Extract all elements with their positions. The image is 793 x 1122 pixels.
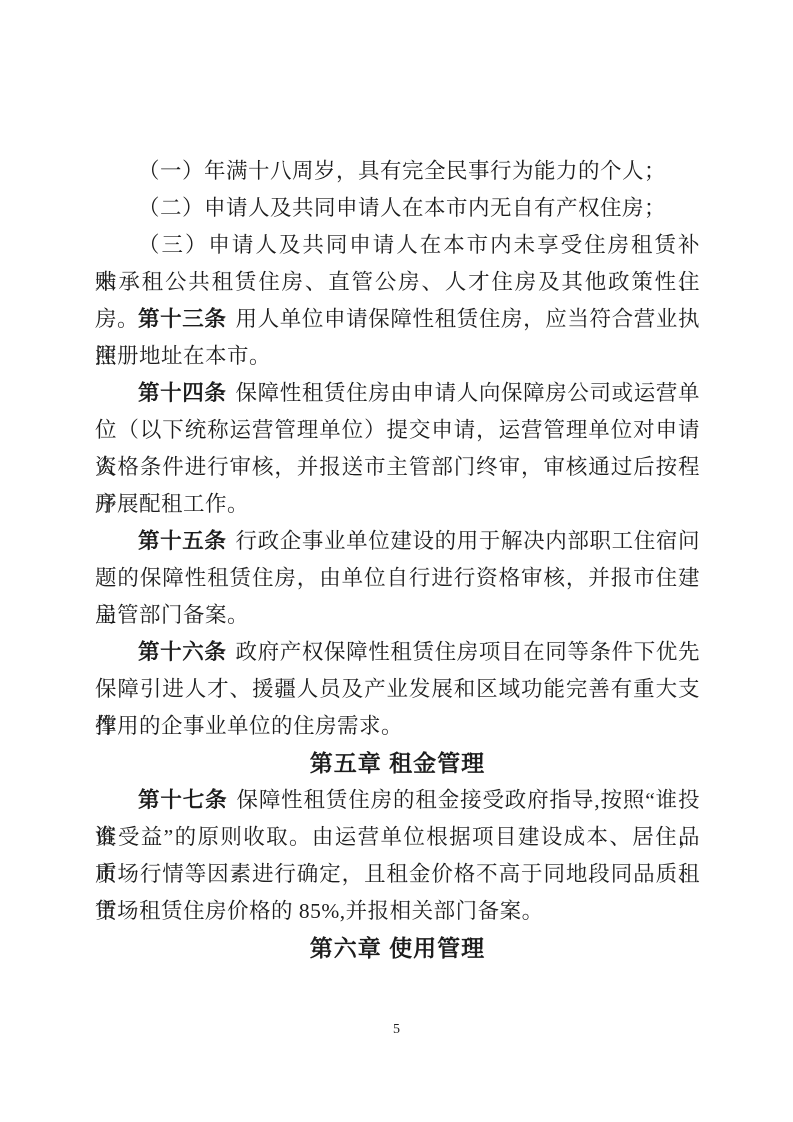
article-number: 第十六条 xyxy=(138,640,227,664)
text-line: 谁受益”的原则收取。由运营单位根据项目建设成本、居住品质、 xyxy=(95,819,700,856)
paragraph-article-15: 第十五条行政企事业单位建设的用于解决内部职工住宿问 题的保障性租赁住房，由单位自… xyxy=(95,523,700,634)
text-line: 开展配租工作。 xyxy=(95,486,700,523)
document-page: （一）年满十八周岁，具有完全民事行为能力的个人； （二）申请人及共同申请人在本市… xyxy=(0,0,793,1122)
document-body: （一）年满十八周岁，具有完全民事行为能力的个人； （二）申请人及共同申请人在本市… xyxy=(95,153,700,967)
paragraph-article-16: 第十六条政府产权保障性租赁住房项目在同等条件下优先 保障引进人才、援疆人员及产业… xyxy=(95,634,700,745)
text-line: 第十四条保障性租赁住房由申请人向保障房公司或运营单 xyxy=(95,375,700,412)
text-line: 位（以下统称运营管理单位）提交申请，运营管理单位对申请人 xyxy=(95,412,700,449)
text-line: 资格条件进行审核，并报送市主管部门终审，审核通过后按程序 xyxy=(95,449,700,486)
text-line: 作用的企事业单位的住房需求。 xyxy=(95,708,700,745)
chapter-heading-5: 第五章 租金管理 xyxy=(95,745,700,782)
page-number: 5 xyxy=(0,1022,793,1038)
text-line: 未承租公共租赁住房、直管公房、人才住房及其他政策性住房。 xyxy=(95,264,700,301)
text-line: 保障引进人才、援疆人员及产业发展和区域功能完善有重大支撑 xyxy=(95,671,700,708)
article-number: 第十五条 xyxy=(138,529,227,553)
article-text: 行政企事业单位建设的用于解决内部职工住宿问 xyxy=(236,529,700,553)
text-line: 题的保障性租赁住房，由单位自行进行资格审核，并报市住建局 xyxy=(95,560,700,597)
article-number: 第十三条 xyxy=(138,307,227,331)
article-number: 第十四条 xyxy=(138,381,227,405)
text-line: 市场行情等因素进行确定，且租金价格不高于同地段同品质租赁 xyxy=(95,856,700,893)
text-line: 第十三条用人单位申请保障性租赁住房，应当符合营业执照 xyxy=(95,301,700,338)
paragraph: （一）年满十八周岁，具有完全民事行为能力的个人； xyxy=(95,153,700,190)
paragraph: （二）申请人及共同申请人在本市内无自有产权住房； xyxy=(95,190,700,227)
text-line: （二）申请人及共同申请人在本市内无自有产权住房； xyxy=(95,190,700,227)
text-line: 市场租赁住房价格的 85%,并报相关部门备案。 xyxy=(95,893,700,930)
text-line: （一）年满十八周岁，具有完全民事行为能力的个人； xyxy=(95,153,700,190)
text-line: （三）申请人及共同申请人在本市内未享受住房租赁补贴、 xyxy=(95,227,700,264)
text-line: 主管部门备案。 xyxy=(95,597,700,634)
paragraph-article-13: 第十三条用人单位申请保障性租赁住房，应当符合营业执照 注册地址在本市。 xyxy=(95,301,700,375)
text-line: 注册地址在本市。 xyxy=(95,338,700,375)
article-text: 保障性租赁住房由申请人向保障房公司或运营单 xyxy=(236,381,700,405)
text-line: 第十六条政府产权保障性租赁住房项目在同等条件下优先 xyxy=(95,634,700,671)
article-number: 第十七条 xyxy=(138,788,227,812)
text-line: 第十七条保障性租赁住房的租金接受政府指导,按照“谁投资， xyxy=(95,782,700,819)
article-text: 政府产权保障性租赁住房项目在同等条件下优先 xyxy=(236,640,700,664)
paragraph-article-17: 第十七条保障性租赁住房的租金接受政府指导,按照“谁投资， 谁受益”的原则收取。由… xyxy=(95,782,700,930)
chapter-heading-6: 第六章 使用管理 xyxy=(95,930,700,967)
paragraph: （三）申请人及共同申请人在本市内未享受住房租赁补贴、 未承租公共租赁住房、直管公… xyxy=(95,227,700,301)
text-line: 第十五条行政企事业单位建设的用于解决内部职工住宿问 xyxy=(95,523,700,560)
paragraph-article-14: 第十四条保障性租赁住房由申请人向保障房公司或运营单 位（以下统称运营管理单位）提… xyxy=(95,375,700,523)
